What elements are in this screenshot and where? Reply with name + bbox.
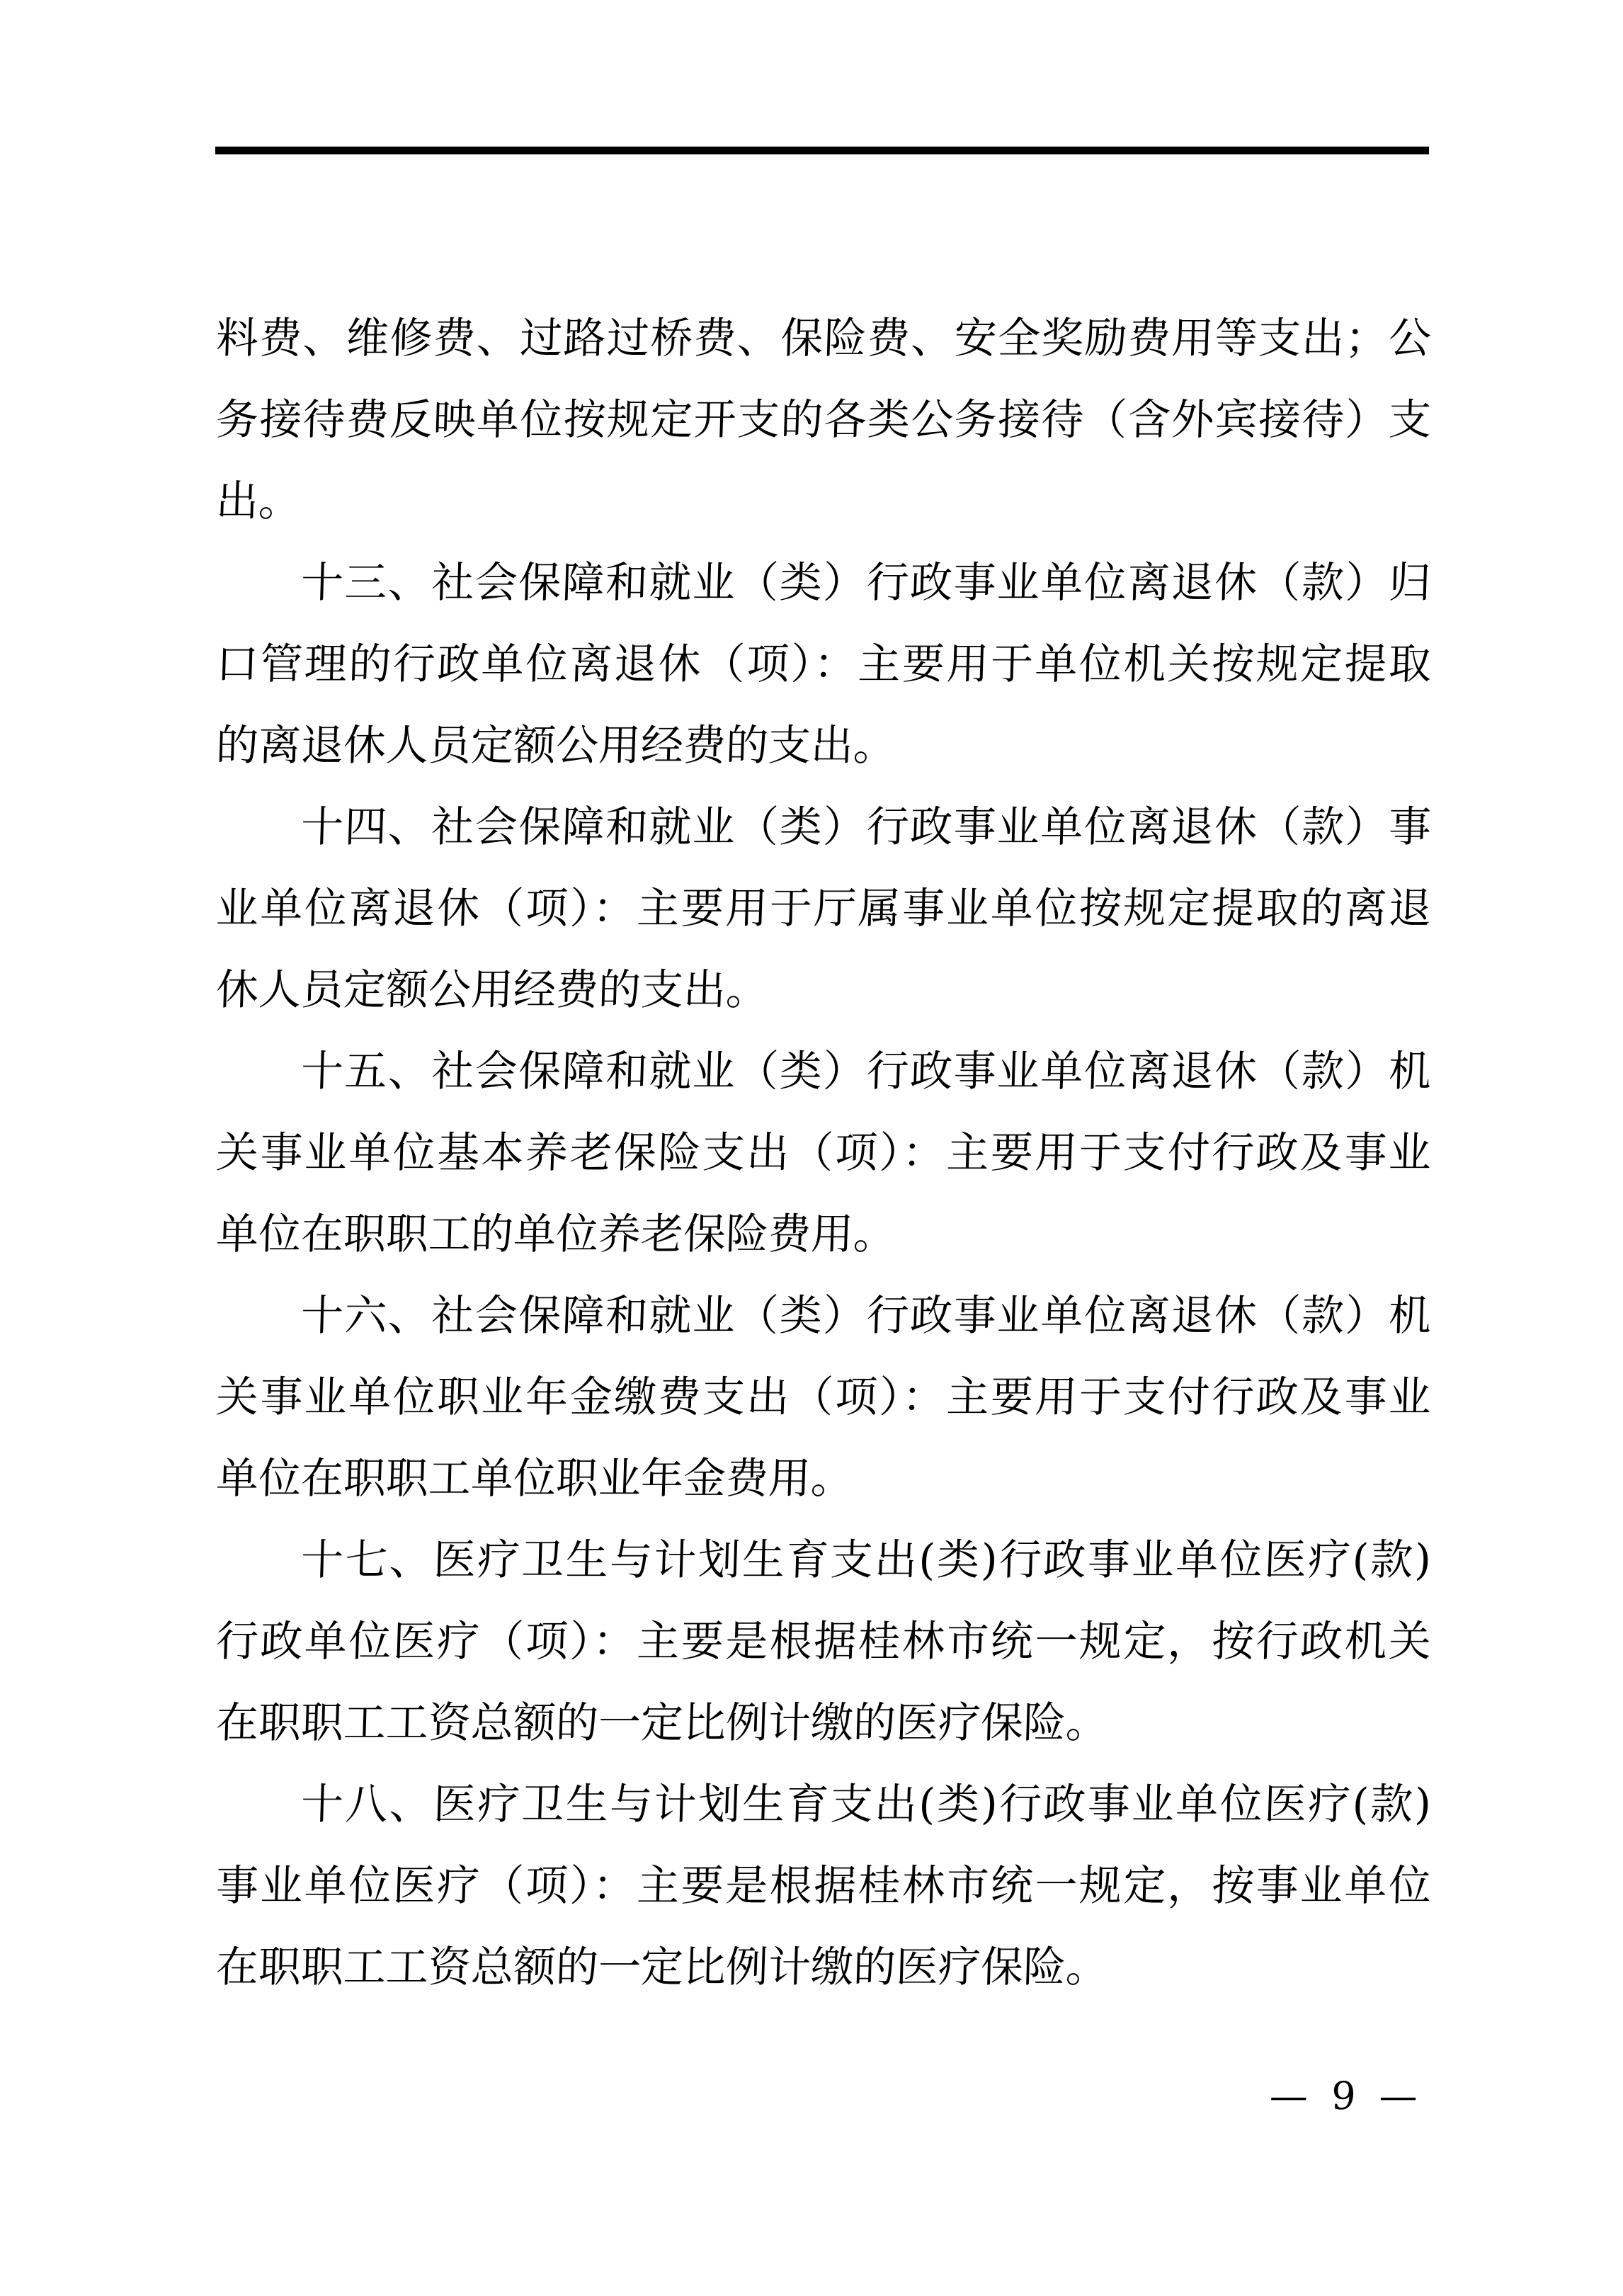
document-page: 料费、维修费、过路过桥费、保险费、安全奖励费用等支出；公务接待费反映单位按规定开… xyxy=(0,0,1623,2296)
header-rule-divider xyxy=(215,147,1429,154)
text-line: 十五、社会保障和就业（类）行政事业单位离退休（款）机 xyxy=(215,1031,1433,1113)
text-line: 的离退休人员定额公用经费的支出。 xyxy=(215,705,1433,787)
paragraph: 十三、社会保障和就业（类）行政事业单位离退休（款）归口管理的行政单位离退休（项）… xyxy=(216,542,1431,787)
paragraph: 十六、社会保障和就业（类）行政事业单位离退休（款）机关事业单位职业年金缴费支出（… xyxy=(216,1275,1431,1520)
paragraph: 十八、医疗卫生与计划生育支出(类)行政事业单位医疗(款)事业单位医疗（项）：主要… xyxy=(216,1764,1431,2008)
text-line: 休人员定额公用经费的支出。 xyxy=(215,950,1433,1031)
text-line: 料费、维修费、过路过桥费、保险费、安全奖励费用等支出；公 xyxy=(215,298,1433,380)
paragraph: 十五、社会保障和就业（类）行政事业单位离退休（款）机关事业单位基本养老保险支出（… xyxy=(216,1031,1431,1275)
paragraph: 十七、医疗卫生与计划生育支出(类)行政事业单位医疗(款)行政单位医疗（项）：主要… xyxy=(216,1520,1431,1764)
text-line: 十七、医疗卫生与计划生育支出(类)行政事业单位医疗(款) xyxy=(215,1520,1433,1601)
document-body: 料费、维修费、过路过桥费、保险费、安全奖励费用等支出；公务接待费反映单位按规定开… xyxy=(216,298,1431,2008)
text-line: 口管理的行政单位离退休（项）：主要用于单位机关按规定提取 xyxy=(215,624,1433,705)
paragraph: 料费、维修费、过路过桥费、保险费、安全奖励费用等支出；公务接待费反映单位按规定开… xyxy=(216,298,1431,542)
text-line: 业单位离退休（项）：主要用于厅属事业单位按规定提取的离退 xyxy=(215,868,1433,950)
text-line: 事业单位医疗（项）：主要是根据桂林市统一规定，按事业单位 xyxy=(215,1846,1433,1927)
text-line: 在职职工工资总额的一定比例计缴的医疗保险。 xyxy=(215,1683,1433,1764)
page-number: — 9 — xyxy=(1269,2074,1424,2119)
text-line: 十六、社会保障和就业（类）行政事业单位离退休（款）机 xyxy=(215,1275,1433,1357)
text-line: 单位在职职工的单位养老保险费用。 xyxy=(215,1194,1433,1275)
text-line: 十四、社会保障和就业（类）行政事业单位离退休（款）事 xyxy=(215,787,1433,868)
paragraph: 十四、社会保障和就业（类）行政事业单位离退休（款）事业单位离退休（项）：主要用于… xyxy=(216,787,1431,1031)
text-line: 十八、医疗卫生与计划生育支出(类)行政事业单位医疗(款) xyxy=(215,1764,1433,1846)
text-line: 十三、社会保障和就业（类）行政事业单位离退休（款）归 xyxy=(215,542,1433,624)
text-line: 出。 xyxy=(215,461,1433,542)
text-line: 关事业单位职业年金缴费支出（项）：主要用于支付行政及事业 xyxy=(215,1357,1433,1438)
text-line: 行政单位医疗（项）：主要是根据桂林市统一规定，按行政机关 xyxy=(215,1601,1433,1683)
text-line: 务接待费反映单位按规定开支的各类公务接待（含外宾接待）支 xyxy=(215,380,1433,461)
text-line: 关事业单位基本养老保险支出（项）：主要用于支付行政及事业 xyxy=(215,1113,1433,1194)
text-line: 在职职工工资总额的一定比例计缴的医疗保险。 xyxy=(215,1927,1433,2008)
text-line: 单位在职职工单位职业年金费用。 xyxy=(215,1438,1433,1520)
